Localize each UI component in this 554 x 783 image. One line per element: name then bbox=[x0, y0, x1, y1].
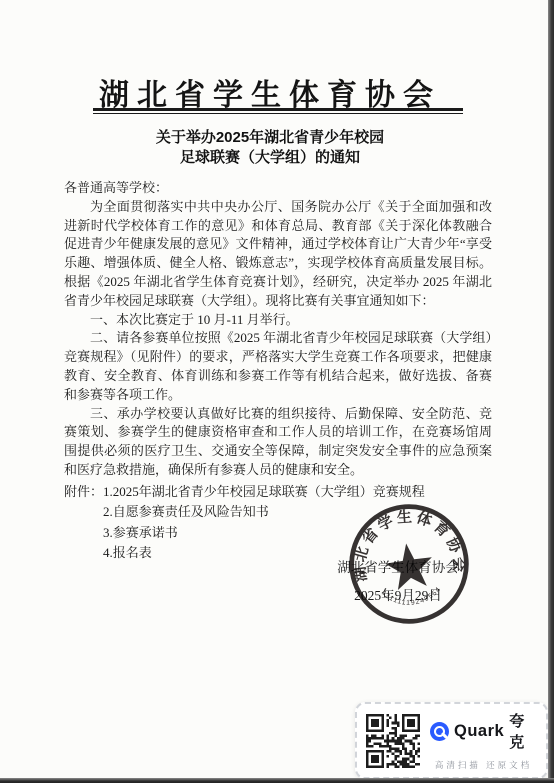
paragraph-preamble: 为全面贯彻落实中共中央办公厅、国务院办公厅《关于全面加强和改进新时代学校体育工作… bbox=[64, 198, 492, 311]
qr-code bbox=[366, 714, 420, 768]
seal-serial-number: 42111119249554 bbox=[379, 581, 445, 611]
quark-brand-cn: 夸克 bbox=[509, 710, 537, 752]
document-page: 湖北省学生体育协会 关于举办2025年湖北省青少年校园 足球联赛（大学组）的通知… bbox=[0, 0, 554, 783]
paragraph-item-2: 二、请各参赛单位按照《2025 年湖北省青少年校园足球联赛（大学组）竞赛规程》（… bbox=[64, 329, 492, 404]
quark-brand-en: Quark bbox=[454, 722, 504, 741]
divider-thick-line bbox=[93, 108, 463, 111]
paragraph-item-1: 一、本次比赛定于 10 月-11 月举行。 bbox=[64, 311, 492, 330]
scan-edge-right bbox=[548, 0, 554, 783]
attachments-label: 附件： bbox=[64, 482, 103, 564]
paragraph-item-3: 三、承办学校要认真做好比赛的组织接待、后勤保障、安全防范、竞赛策划、参赛学生的健… bbox=[64, 405, 492, 480]
quark-branding: Quark 夸克 高清扫描 还原文档 bbox=[430, 710, 537, 771]
svg-text:42111119249554: 42111119249554 bbox=[379, 581, 445, 611]
quark-tagline: 高清扫描 还原文档 bbox=[435, 759, 532, 771]
scan-edge-bottom bbox=[0, 778, 554, 783]
divider-thin-line bbox=[93, 113, 463, 114]
official-seal-stamp: 湖北省学生体育协会 42111119249554 bbox=[339, 494, 479, 634]
quark-watermark-card: Quark 夸克 高清扫描 还原文档 bbox=[355, 702, 548, 779]
document-title-line2: 足球联赛（大学组）的通知 bbox=[0, 146, 540, 167]
document-title-line1: 关于举办2025年湖北省青少年校园 bbox=[0, 126, 540, 147]
seal-star-icon bbox=[383, 540, 436, 591]
quark-logo-icon bbox=[430, 722, 449, 741]
salutation: 各普通高等学校： bbox=[64, 179, 492, 198]
letterhead-divider bbox=[93, 108, 463, 114]
